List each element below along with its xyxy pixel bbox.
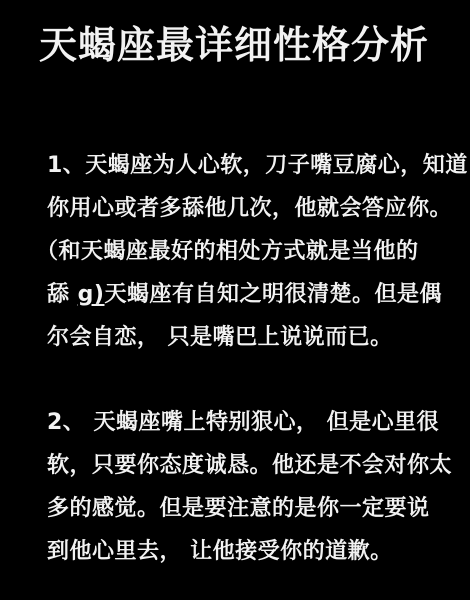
paragraph-1: 1、天蝎座为人心软，刀子嘴豆腐心，知道 你用心或者多舔他几次，他就会答应你。 （… (47, 144, 470, 359)
poster-page: 天蝎座最详细性格分析 1、天蝎座为人心软，刀子嘴豆腐心，知道 你用心或者多舔他几… (0, 0, 470, 600)
text-line: 软，只要你态度诚恳。他还是不会对你太 (47, 444, 470, 487)
censored-word: g) (78, 282, 105, 307)
paragraph-2: 2、 天蝎座嘴上特别狠心， 但是心里很 软，只要你态度诚恳。他还是不会对你太 多… (47, 401, 470, 573)
text-line: 多的感觉。但是要注意的是你一定要说 (47, 487, 470, 530)
text-line: 尔会自恋， 只是嘴巴上说说而已。 (47, 316, 470, 359)
text-line-with-censored-word: 舔 g)天蝎座有自知之明很清楚。但是偶 (47, 273, 470, 316)
page-title: 天蝎座最详细性格分析 (39, 22, 429, 68)
text-line: 2、 天蝎座嘴上特别狠心， 但是心里很 (47, 401, 470, 444)
text-line: 1、天蝎座为人心软，刀子嘴豆腐心，知道 (47, 144, 470, 187)
text-line: 你用心或者多舔他几次，他就会答应你。 (47, 187, 470, 230)
text-segment: 天蝎座有自知之明很清楚。但是偶 (104, 282, 442, 307)
text-line: （和天蝎座最好的相处方式就是当他的 (36, 230, 470, 273)
text-line: 到他心里去， 让他接受你的道歉。 (47, 530, 470, 573)
text-segment: 舔 (47, 282, 78, 307)
